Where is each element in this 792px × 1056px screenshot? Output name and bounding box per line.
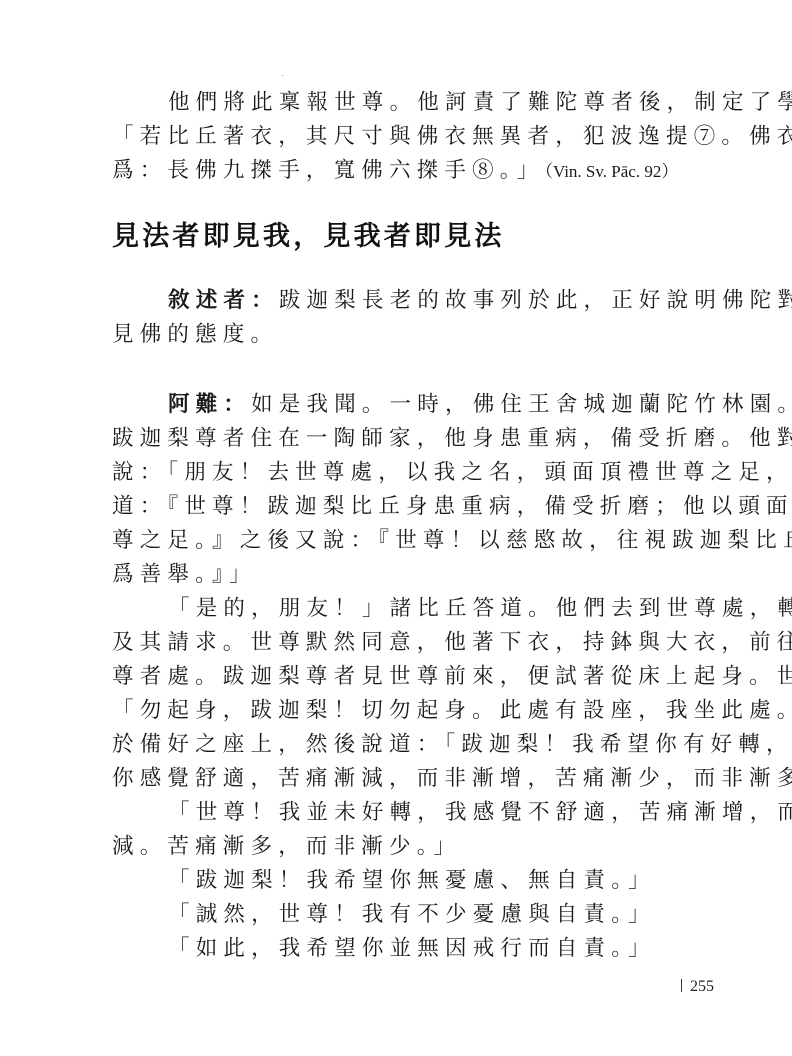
ananda-line-5: 尊之足。』之後又說：『世尊！以慈愍故，往視跋迦梨比丘，當 xyxy=(112,524,712,558)
dialogue-1-line-2: 及其請求。世尊默然同意，他著下衣，持鉢與大衣，前往跋迦梨 xyxy=(112,626,712,660)
intro-line-3: 爲：長佛九搩手，寬佛六搩手⑧。」（Vin. Sv. Pāc. 92） xyxy=(112,154,712,188)
ananda-line-6: 爲善舉。』」 xyxy=(112,558,712,592)
dialogue-1-line-4: 「勿起身，跋迦梨！切勿起身。此處有設座，我坐此處。」他坐 xyxy=(112,694,712,728)
dialogue-1-line-6: 你感覺舒適，苦痛漸減，而非漸增，苦痛漸少，而非漸多。」 xyxy=(112,762,712,796)
narrator-line-1-text: 跋迦梨長老的故事列於此，正好說明佛陀對以色身 xyxy=(279,288,792,313)
ananda-line-1-text: 如是我聞。一時，佛住王舍城迦蘭陀竹林園。那時， xyxy=(251,392,792,417)
dialogue-1-line-3: 尊者處。跋迦梨尊者見世尊前來，便試著從床上起身。世尊說： xyxy=(112,660,712,694)
dialogue-2-line-2: 減。苦痛漸多，而非漸少。」 xyxy=(112,830,712,864)
scan-speck xyxy=(282,75,283,76)
intro-line-2: 「若比丘著衣，其尺寸與佛衣無異者，犯波逸提⑦。佛衣之尺寸 xyxy=(112,120,712,154)
dialogue-4-line-1: 「誠然，世尊！我有不少憂慮與自責。」 xyxy=(112,898,712,932)
citation: （Vin. Sv. Pāc. 92） xyxy=(544,162,678,181)
narrator-line-1: 敘述者：跋迦梨長老的故事列於此，正好說明佛陀對以色身 xyxy=(112,284,712,318)
speaker-label-narrator: 敘述者： xyxy=(168,288,279,313)
ananda-line-3: 說：「朋友！去世尊處，以我之名，頭面頂禮世尊之足，而說 xyxy=(112,456,712,490)
ananda-line-2: 跋迦梨尊者住在一陶師家，他身患重病，備受折磨。他對諸侍者 xyxy=(112,422,712,456)
intro-line-3-text: 爲：長佛九搩手，寬佛六搩手⑧。」 xyxy=(112,158,544,183)
page-number-text: 255 xyxy=(690,978,714,995)
narrator-line-2: 見佛的態度。 xyxy=(112,318,712,352)
dialogue-1-line-1: 「是的，朋友！」諸比丘答道。他們去到世尊處，轉達口信 xyxy=(112,592,712,626)
intro-line-1: 他們將此稟報世尊。他訶責了難陀尊者後，制定了學處： xyxy=(112,86,712,120)
ananda-line-1: 阿難：如是我聞。一時，佛住王舍城迦蘭陀竹林園。那時， xyxy=(112,388,712,422)
page-number: 255 xyxy=(681,978,714,996)
speaker-label-ananda: 阿難： xyxy=(168,392,251,417)
book-page: 他們將此稟報世尊。他訶責了難陀尊者後，制定了學處： 「若比丘著衣，其尺寸與佛衣無… xyxy=(0,0,792,1056)
section-heading: 見法者即見我，見我者即見法 xyxy=(112,219,505,255)
dialogue-3-line-1: 「跋迦梨！我希望你無憂慮、無自責。」 xyxy=(112,864,712,898)
page-number-divider xyxy=(681,979,682,992)
ananda-line-4: 道：『世尊！跋迦梨比丘身患重病，備受折磨；他以頭面頂禮世 xyxy=(112,490,712,524)
dialogue-2-line-1: 「世尊！我並未好轉，我感覺不舒適，苦痛漸增，而非漸 xyxy=(112,796,712,830)
dialogue-5-line-1: 「如此，我希望你並無因戒行而自責。」 xyxy=(112,932,712,966)
dialogue-1-line-5: 於備好之座上，然後說道：「跋迦梨！我希望你有好轉，我希望 xyxy=(112,728,712,762)
